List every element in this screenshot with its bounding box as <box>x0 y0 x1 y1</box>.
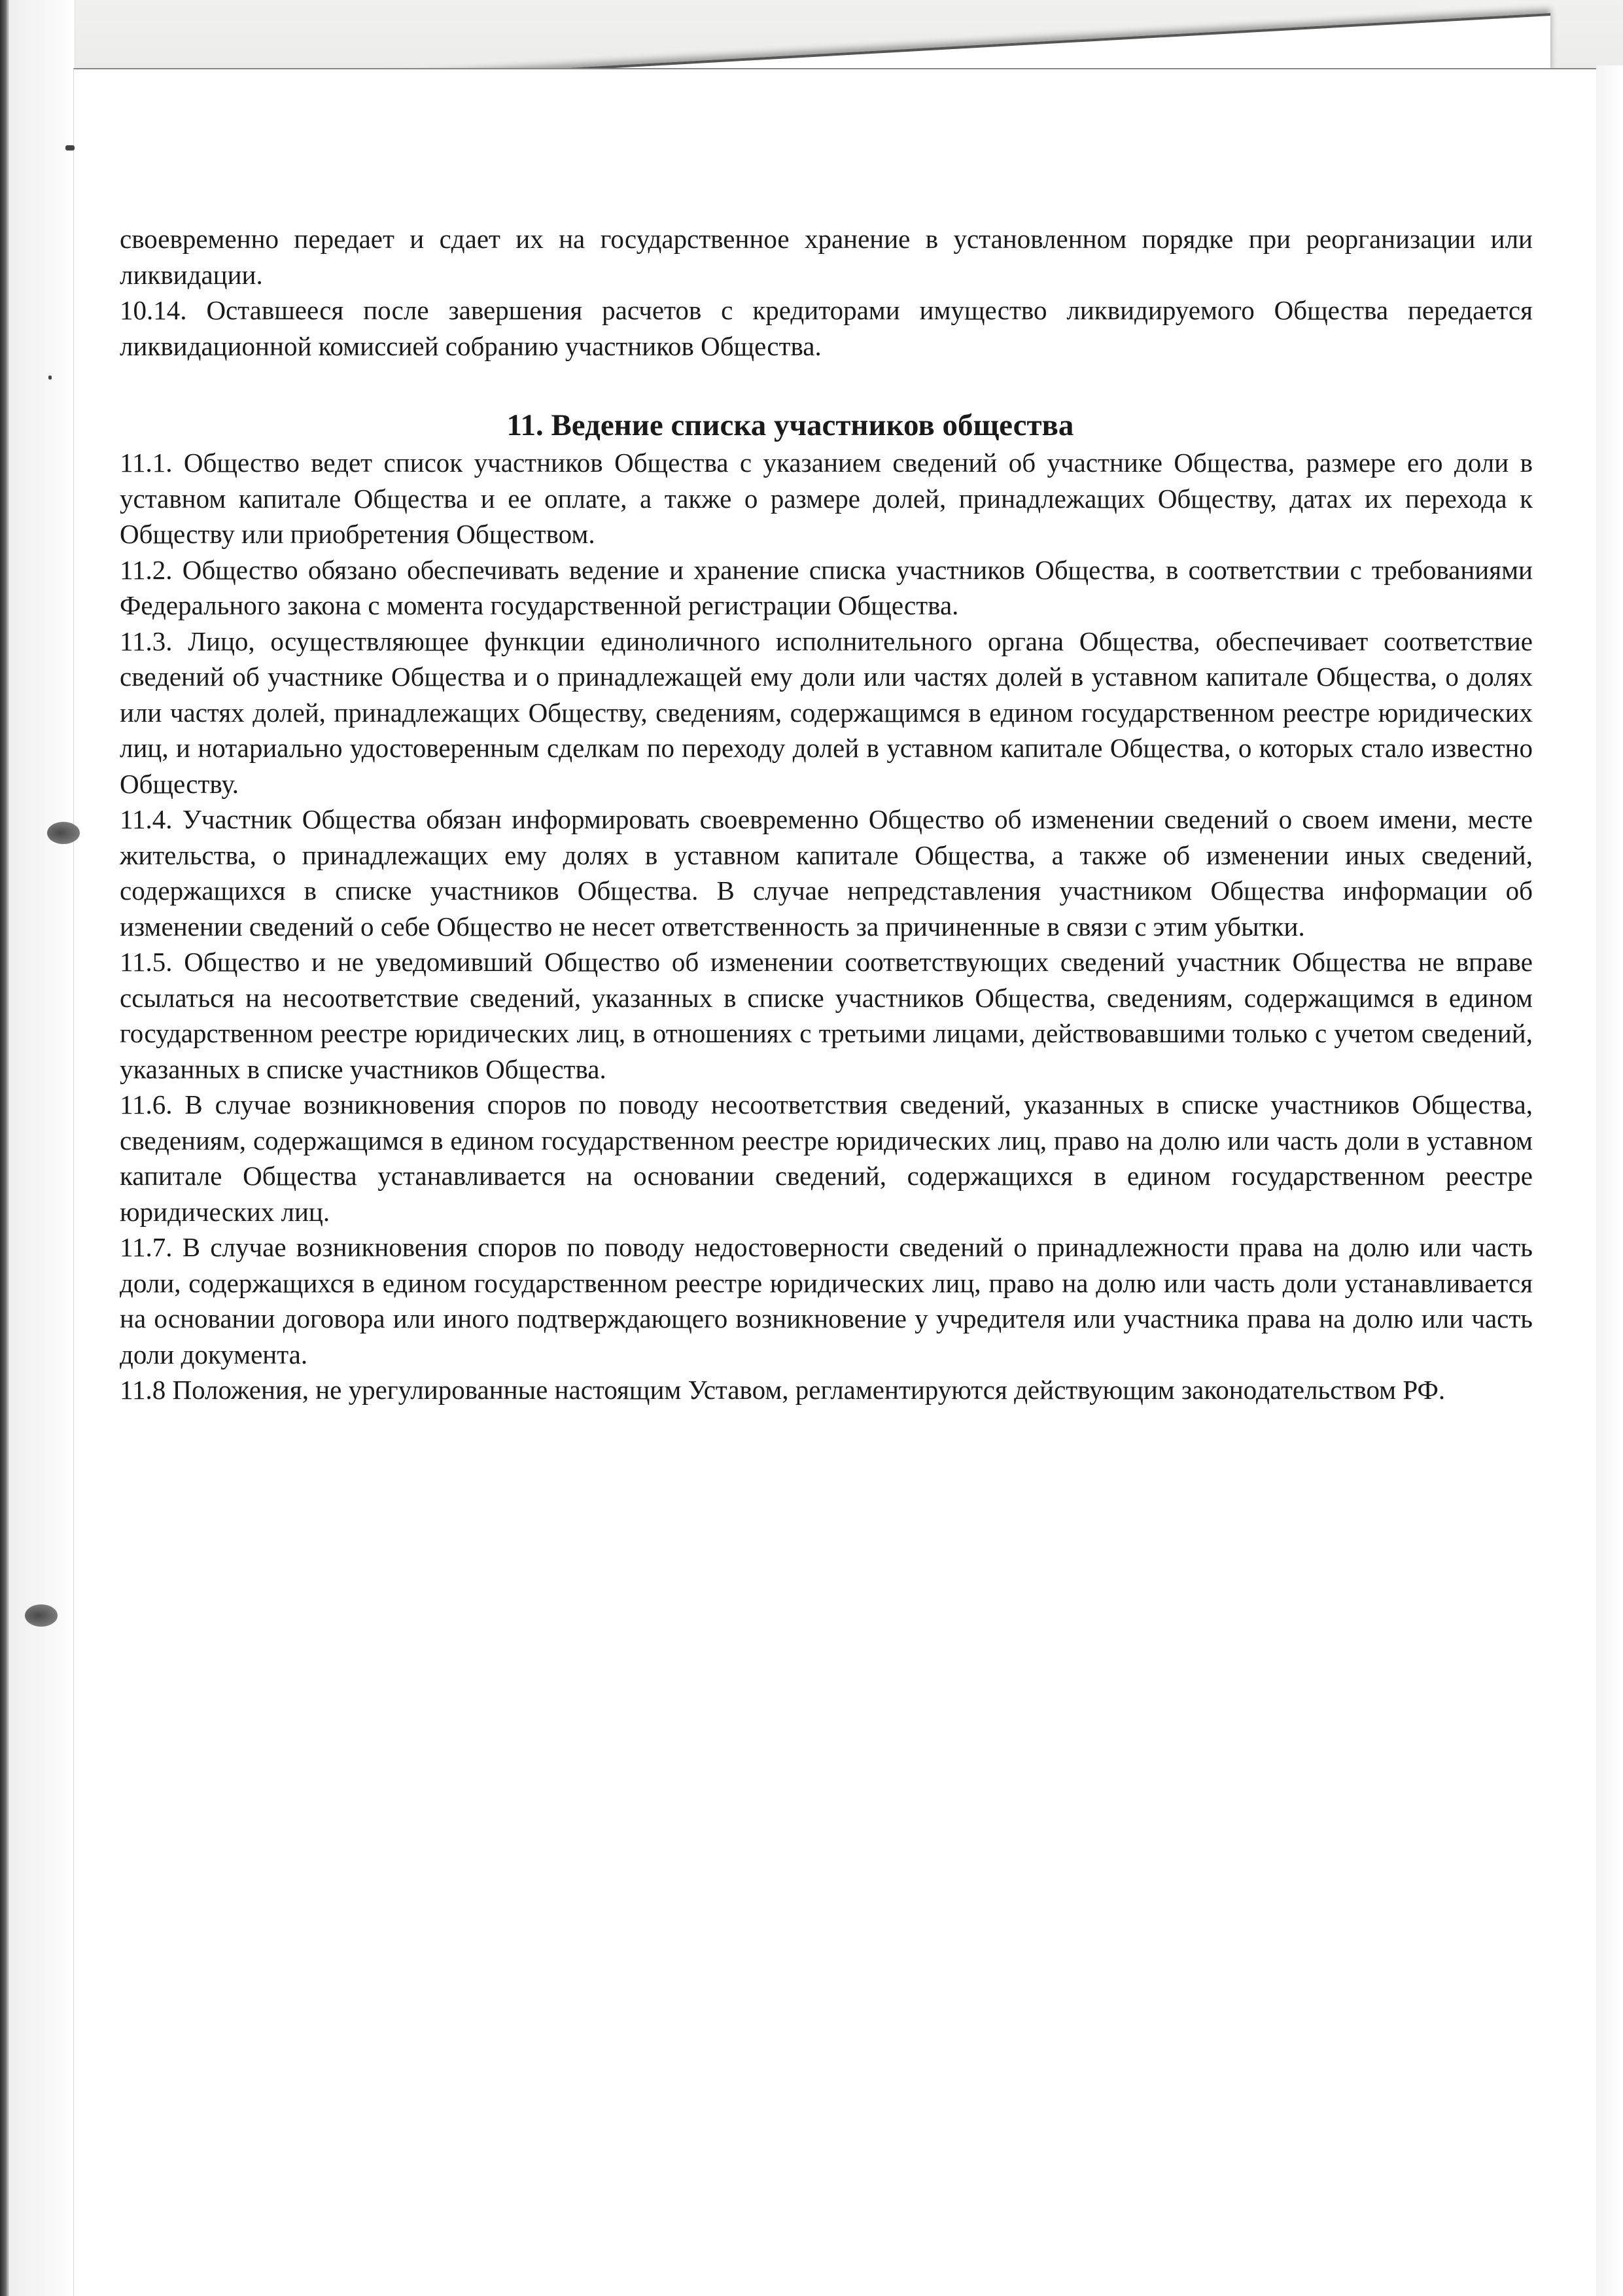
clause-11-5: 11.5. Общество и не уведомивший Общество… <box>120 944 1533 1087</box>
binding-margin <box>9 0 75 2296</box>
paragraph-continuation: своевременно передает и сдает их на госу… <box>120 221 1533 292</box>
clause-11-2: 11.2. Общество обязано обеспечивать веде… <box>120 552 1533 624</box>
punch-hole-upper <box>47 822 80 844</box>
section-title: 11. Ведение списка участников общества <box>120 406 1533 445</box>
clause-11-1: 11.1. Общество ведет список участников О… <box>120 445 1533 552</box>
clause-11-8: 11.8 Положения, не урегулированные насто… <box>120 1372 1533 1408</box>
document-body: своевременно передает и сдает их на госу… <box>120 221 1533 1408</box>
scan-speck <box>65 145 75 150</box>
scan-left-border <box>0 0 9 2296</box>
clause-11-7: 11.7. В случае возникновения споров по п… <box>120 1229 1533 1372</box>
clause-11-3: 11.3. Лицо, осуществляющее функции едино… <box>120 624 1533 802</box>
clause-11-6: 11.6. В случае возникновения споров по п… <box>120 1087 1533 1229</box>
clause-11-4: 11.4. Участник Общества обязан информиро… <box>120 802 1533 944</box>
clause-10-14: 10.14. Оставшееся после завершения расче… <box>120 292 1533 364</box>
punch-hole-lower <box>25 1604 58 1627</box>
page-right-margin <box>1596 65 1623 2296</box>
scan-speck <box>48 376 52 380</box>
